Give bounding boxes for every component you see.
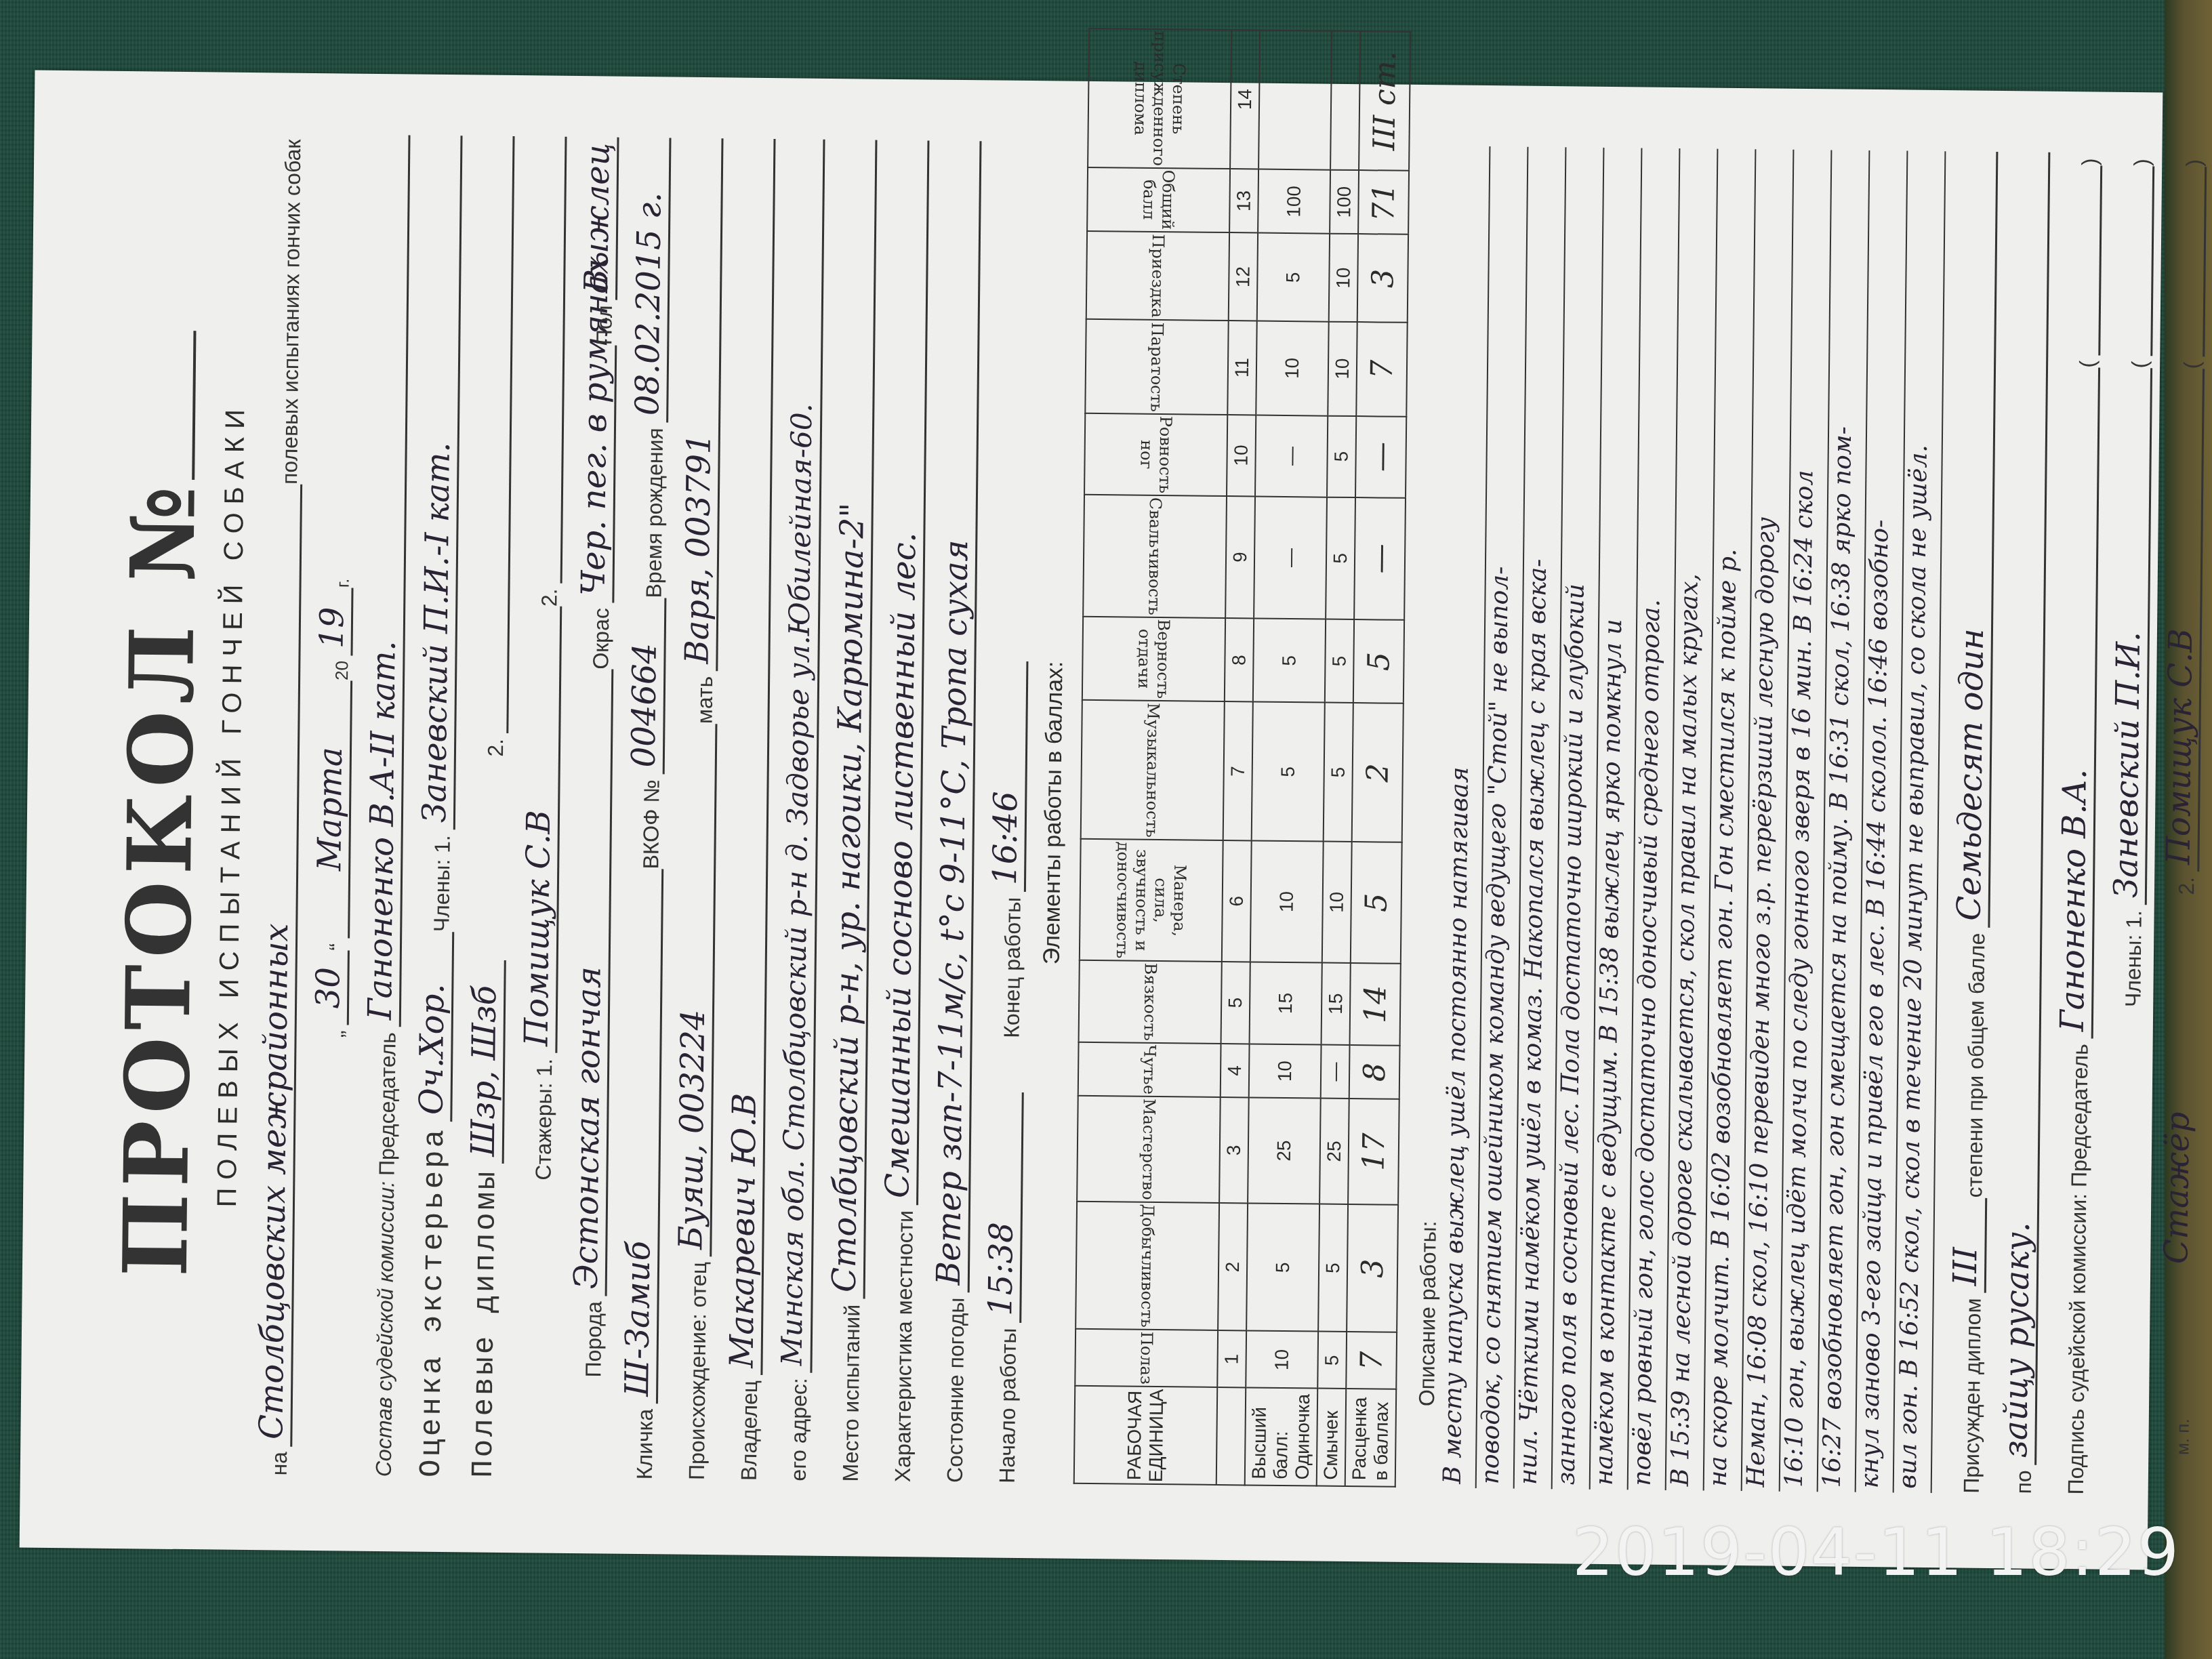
- terrain-row: Характеристика местности Смешанный сосно…: [876, 140, 930, 1483]
- unit-header: РАБОЧАЯ ЕДИНИЦА: [1074, 1386, 1217, 1485]
- chairman-value: Ганоненко В.А-II кат.: [361, 135, 411, 1027]
- award-degree: III: [1946, 1197, 1987, 1293]
- exterior-row: Оценка экстерьера Оч.Хор. Члены: 1. Зане…: [409, 136, 463, 1478]
- father-value: Буяш, 003224: [672, 724, 717, 1256]
- date-year-prefix: 20: [331, 661, 352, 680]
- signature-label: Подпись судейской комиссии: Председатель: [2064, 1044, 2093, 1494]
- address-row: его адрес: Минская обл. Столбцовский р-н…: [774, 139, 825, 1481]
- owner-value: Макаревич Ю.В: [722, 138, 775, 1375]
- trainee2-value: [525, 136, 567, 583]
- protocol-form: ПРОТОКОЛ № ПОЛЕВЫХ ИСПЫТАНИЙ ГОНЧЕЙ СОБА…: [47, 91, 2135, 1549]
- terrain-value: Смешанный сосново лиственный лес.: [878, 140, 929, 1205]
- score-column-header: Приездка: [1086, 231, 1229, 321]
- member1-value: Заневский П.И.-I кат.: [415, 136, 463, 830]
- sex-value: Выжлец: [577, 137, 619, 300]
- commission-label: Состав судейской комиссии:: [371, 1181, 400, 1477]
- address-value: Минская обл. Столбцовский р-н д. Задворь…: [775, 139, 825, 1372]
- terrain-label: Характеристика местности: [890, 1210, 918, 1483]
- breed-label: Порода: [581, 1301, 607, 1378]
- award-by-value: зайцу русаку.: [1996, 152, 2050, 1465]
- birth-label: Время рождения: [641, 428, 668, 598]
- paper-sheet: ПРОТОКОЛ № ПОЛЕВЫХ ИСПЫТАНИЙ ГОНЧЕЙ СОБА…: [20, 70, 2163, 1570]
- signature-chairman: Ганоненко В.А.: [2053, 367, 2100, 1038]
- owner-label: Владелец: [737, 1380, 763, 1481]
- score-column-header: Вязкость: [1079, 960, 1222, 1044]
- field-diplomas-label: Полевые дипломы: [467, 1168, 504, 1478]
- score-column-header: Мастерство: [1077, 1096, 1221, 1203]
- photo-timestamp: 2019-04-11 18:29: [1572, 1515, 2180, 1591]
- start-value: 15:38: [981, 1092, 1024, 1323]
- award-by-row: по зайцу русаку.: [1996, 152, 2051, 1494]
- name-row: Кличка Ш-Замиб ВКОФ № 004664 Время рожде…: [617, 138, 672, 1480]
- signature-member1-row: Члены: 1. Заневский П.И. (): [2101, 153, 2155, 1496]
- chairman-label: Председатель: [374, 1032, 401, 1176]
- event-suffix: полевых испытаниях гончих собак: [277, 139, 306, 485]
- date-year: 19: [312, 588, 353, 656]
- score-column-header: Свальчивость: [1083, 495, 1227, 618]
- diplomas-row: Полевые дипломы Шзр, Шзб 2.: [461, 136, 515, 1478]
- name-value: Ш-Замиб: [618, 869, 663, 1404]
- place-label: Место испытаний: [838, 1305, 865, 1482]
- date-month: Марта: [310, 680, 352, 939]
- registry-label: ВКОФ №: [638, 779, 664, 869]
- score-column-header: Ровность ног: [1084, 413, 1227, 496]
- start-label: Начало работы: [995, 1328, 1021, 1483]
- time-row: Начало работы 15:38 Конец работы 16:46: [980, 141, 1034, 1483]
- score-column-header: Чутье: [1078, 1042, 1221, 1097]
- score-column-header: Общий балл: [1087, 167, 1230, 233]
- score-column-header: Паратость: [1085, 319, 1228, 415]
- signature-members-label: Члены: 1.: [2121, 910, 2146, 1007]
- page-title: ПРОТОКОЛ №: [102, 132, 220, 1475]
- end-value: 16:46: [986, 661, 1029, 893]
- score-column-header: Музыкальность: [1081, 700, 1225, 840]
- sex-label: Пол: [592, 305, 617, 345]
- owner-row: Владелец Макаревич Ю.В: [722, 138, 776, 1481]
- date-row: „ 30 “ Марта 20 19 г.: [304, 134, 359, 1477]
- exterior-label: Оценка экстерьера: [415, 1127, 452, 1477]
- color-value: Чер. пег. в румянах: [574, 345, 617, 603]
- weather-row: Состояние погоды Ветер зап-7-11м/с, t°с …: [928, 141, 982, 1483]
- chairman-signature-scribble: [2063, 165, 2102, 356]
- weather-label: Состояние погоды: [943, 1297, 970, 1483]
- scores-table: РАБОЧАЯ ЕДИНИЦАПолазДобычливостьМастерст…: [1073, 27, 1411, 1487]
- score-column-header: Степень присужденного диплома: [1088, 28, 1231, 169]
- description-lines: В месту напуска выжлец ушёл постоянно на…: [1439, 146, 1946, 1494]
- commission-row: Состав судейской комиссии: Председатель …: [356, 135, 411, 1477]
- name-label: Кличка: [632, 1409, 658, 1480]
- field-diplomas-value: Шзр, Шзб: [464, 960, 506, 1164]
- trainee-note: Стажёр: [2157, 1111, 2196, 1264]
- event-row: на Столбцовских межрайонных полевых испы…: [252, 134, 306, 1476]
- trainee2-label: 2.: [537, 588, 562, 607]
- registry-value: 004664: [625, 598, 667, 775]
- stamp-label: м. п.: [2172, 1418, 2194, 1455]
- place-value: Столбцовский р-н, ур. нагоики, Карюмина-…: [825, 140, 878, 1299]
- date-suffix: г.: [333, 578, 354, 588]
- member2-value: [471, 136, 514, 733]
- award-label: Присужден диплом: [1959, 1298, 1986, 1494]
- exterior-value: Оч.Хор.: [412, 932, 454, 1122]
- award-row: Присужден диплом III степени при общем б…: [1944, 151, 1999, 1494]
- score-column-header: Манера, сила, звучность и доносчивость: [1080, 839, 1223, 962]
- description-label: Описание работы:: [1414, 1221, 1441, 1406]
- end-label: Конец работы: [1000, 897, 1026, 1038]
- on-label: на: [267, 1452, 292, 1476]
- award-by-label: по: [2011, 1470, 2036, 1494]
- birth-value: 08.02.2015 г.: [628, 138, 671, 423]
- trainee1-value: Помищук С.В: [517, 607, 562, 1053]
- title-text: ПРОТОКОЛ №: [104, 478, 216, 1277]
- trainees-label: Стажеры: 1.: [531, 1059, 557, 1181]
- member2-signature-scribble: [2167, 166, 2207, 356]
- color-label: Окрас: [588, 608, 614, 670]
- score-column-header: Добычливость: [1076, 1202, 1219, 1331]
- signature-chair-row: Подпись судейской комиссии: Председатель…: [2049, 152, 2103, 1495]
- trainees-row: Стажеры: 1. Помищук С.В 2.: [513, 136, 567, 1479]
- origin-row: Происхождение: отец Буяш, 003224 мать Ва…: [670, 138, 724, 1481]
- score-column-header: Полаз: [1075, 1329, 1218, 1387]
- members-label: Члены: 1.: [429, 835, 455, 932]
- breed-row: Порода Эстонская гончая Окрас Чер. пег. …: [565, 137, 619, 1479]
- place-row: Место испытаний Столбцовский р-н, ур. на…: [823, 140, 878, 1482]
- member1-signature-scribble: [2115, 165, 2154, 356]
- event-name: Столбцовских межрайонных: [252, 484, 302, 1446]
- address-label: его адрес:: [786, 1378, 813, 1481]
- scores-caption: Элементы работы в баллах:: [1033, 142, 1074, 1483]
- date-day: 30: [309, 950, 350, 1025]
- breed-value: Эстонская гончая: [567, 669, 614, 1296]
- signature-member2: Помищук С.В: [2159, 369, 2205, 872]
- mother-label: мать: [692, 676, 718, 724]
- score-column-header: Верность отдачи: [1082, 617, 1225, 702]
- member2-label: 2.: [483, 739, 508, 757]
- mother-value: Варя, 003791: [678, 138, 723, 671]
- award-total-words: Семьдесят один: [1950, 151, 1998, 928]
- protocol-number: [192, 331, 196, 480]
- signature-member1: Заневский П.И.: [2107, 368, 2152, 905]
- origin-label: Происхождение: отец: [684, 1262, 712, 1480]
- weather-value: Ветер зап-7-11м/с, t°с 9-11°С, Тропа сух…: [930, 141, 982, 1292]
- award-degree-suffix: степени при общем балле: [1962, 933, 1990, 1197]
- signature-member2-label: 2.: [2174, 877, 2199, 895]
